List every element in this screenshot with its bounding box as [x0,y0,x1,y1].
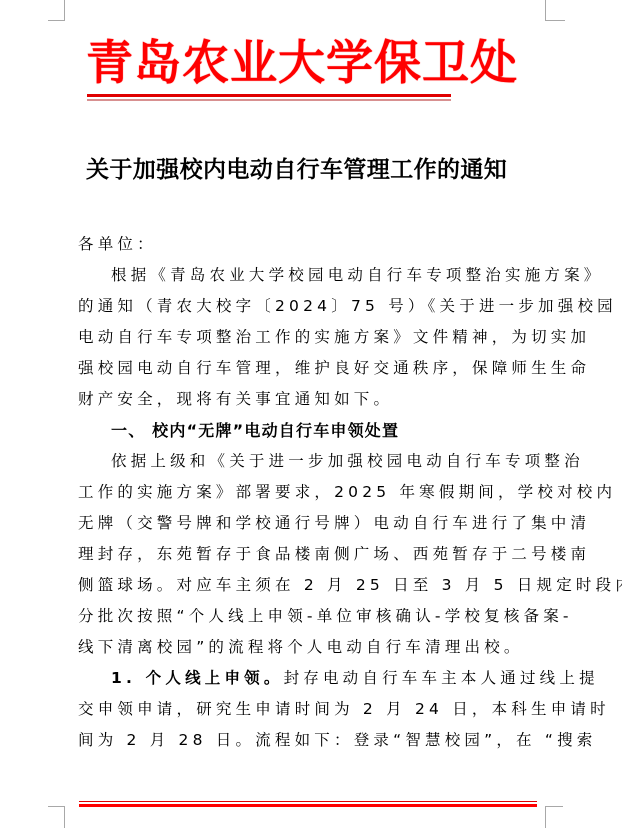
section1-line: 理封存，东苑暂存于食品楼南侧广场、西苑暂存于二号楼南 [78,539,546,570]
section1-line: 分批次按照“个人线上申领-单位审核确认-学校复核备案- [78,601,546,632]
item1-line: 间为 2 月 28 日。流程如下：登录“智慧校园”，在 “搜索 [78,725,546,756]
salutation: 各单位： [78,229,546,260]
org-letterhead: 青岛农业大学保卫处 [86,36,456,92]
letterhead-rule-thick [87,94,451,97]
item1-line: 交申领申请，研究生申请时间为 2 月 24 日，本科生申请时 [78,694,546,725]
section1-line: 线下清离校园”的流程将个人电动自行车清理出校。 [78,632,546,663]
letterhead-rule-thin [87,99,451,101]
section1-line: 侧篮球场。对应车主须在 2 月 25 日至 3 月 5 日规定时段内 [78,570,546,601]
section-heading-1: 一、 校内“无牌”电动自行车申领处置 [78,415,546,446]
intro-line: 根据《青岛农业大学校园电动自行车专项整治实施方案》 [78,260,546,291]
section1-line: 工作的实施方案》部署要求，2025 年寒假期间，学校对校内 [78,477,546,508]
intro-line: 强校园电动自行车管理，维护良好交通秩序，保障师生生命 [78,353,546,384]
page-corner-mark-bottom-left [48,806,65,828]
footer-rule-thick [79,804,537,807]
footer-rule-thin [79,801,537,802]
section1-line: 依据上级和《关于进一步加强校园电动自行车专项整治 [78,446,546,477]
document-body: 各单位： 根据《青岛农业大学校园电动自行车专项整治实施方案》 的通知（青农大校字… [78,229,546,756]
item1-first-line: 1. 个人线上申领。封存电动自行车车主本人通过线上提 [78,663,546,694]
page-corner-mark-top-left [48,0,65,21]
intro-line: 财产安全，现将有关事宜通知如下。 [78,384,546,415]
item1-text: 封存电动自行车车主本人通过线上提 [284,669,599,687]
page-corner-mark-top-right [545,0,565,21]
intro-line: 的通知（青农大校字〔2024〕75 号）《关于进一步加强校园 [78,291,546,322]
document-title: 关于加强校内电动自行车管理工作的通知 [86,152,536,188]
section1-line: 无牌（交警号牌和学校通行号牌）电动自行车进行了集中清 [78,508,546,539]
item1-label: 1. 个人线上申领。 [111,669,284,687]
intro-line: 电动自行车专项整治工作的实施方案》文件精神，为切实加 [78,322,546,353]
page-corner-mark-bottom-right [545,806,563,828]
